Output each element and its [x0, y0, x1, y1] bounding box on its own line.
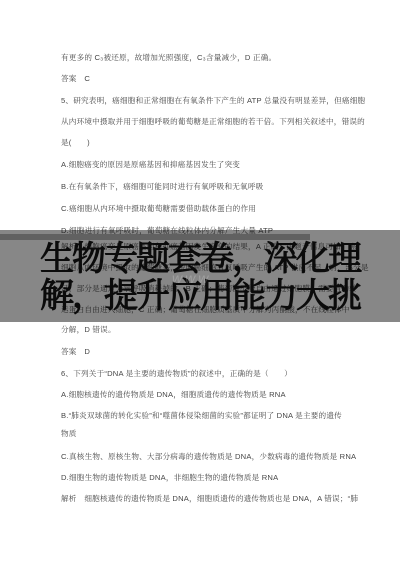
- answer-line: 答案 D: [61, 347, 90, 356]
- watermark: www: [172, 270, 211, 286]
- question-5-stem: 5、研究表明，癌细胞和正常细胞在有氧条件下产生的 ATP 总量没有明显差异，但癌…: [61, 96, 365, 105]
- option-d: D.细胞生物的遗传物质是 DNA，非细胞生物的遗传物质是 RNA: [61, 473, 278, 482]
- option-c: C.真核生物、原核生物、大部分病毒的遗传物质是 DNA，少数病毒的遗传物质是 R…: [61, 452, 356, 461]
- option-a: A.细胞核遗传的遗传物质是 DNA，细胞质遗传的遗传物质是 RNA: [61, 390, 286, 399]
- answer-line: 答案 C: [61, 74, 90, 83]
- option-b-continuation: 物质: [61, 429, 77, 438]
- doc-line: 有更多的 C₃被还原，故增加光照强度，C₃含量减少，D 正确。: [61, 53, 276, 62]
- solution-line: 分解，D 错误。: [61, 325, 116, 334]
- solution-line: 解析 细胞核遗传的遗传物质是 DNA，细胞质遗传的遗传物质也是 DNA，A 错误…: [61, 494, 358, 503]
- question-6-stem: 6、下列关于“DNA 是主要的遗传物质”的叙述中，正确的是（ ）: [61, 369, 292, 378]
- promo-banner: www 生物专题套卷，深化理 解，提升应用能力大挑: [0, 230, 400, 322]
- question-5-stem: 从内环境中摄取并用于细胞呼吸的葡萄糖是正常细胞的若干倍。下列相关叙述中，错误的: [61, 117, 365, 126]
- document-page: 有更多的 C₃被还原，故增加光照强度，C₃含量减少，D 正确。 答案 C 5、研…: [0, 0, 400, 566]
- option-a: A.细胞癌变的原因是原癌基因和抑癌基因发生了突变: [61, 160, 240, 169]
- question-5-stem: 是( ): [61, 138, 90, 147]
- option-b: B.在有氧条件下，癌细胞可能同时进行有氧呼吸和无氧呼吸: [61, 182, 263, 191]
- option-c: C.癌细胞从内环境中摄取葡萄糖需要借助载体蛋白的作用: [61, 204, 256, 213]
- option-b: B.“肺炎双球菌的转化实验”和“噬菌体侵染细菌的实验”都证明了 DNA 是主要的…: [61, 411, 342, 420]
